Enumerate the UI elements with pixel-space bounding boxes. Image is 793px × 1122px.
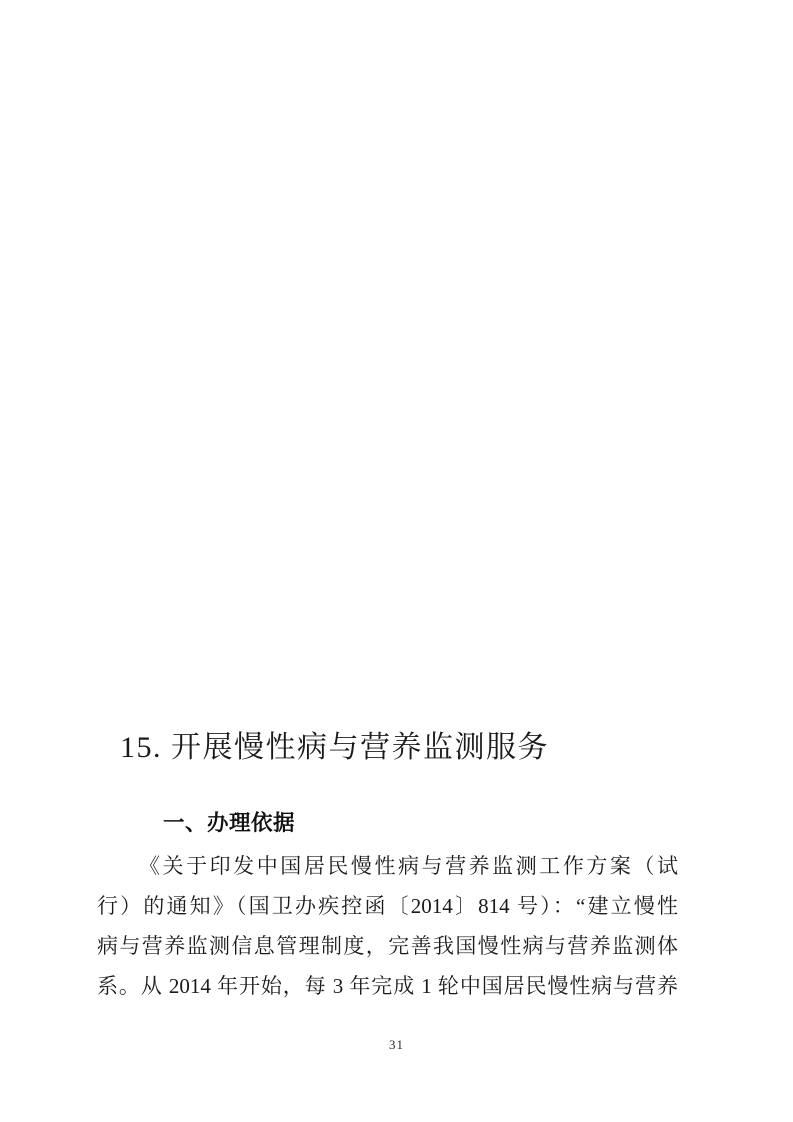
paragraph-line: 行）的通知》（国卫办疾控函〔2014〕814 号）：“建立慢性 xyxy=(97,886,678,926)
legal-basis-paragraph: 《关于印发中国居民慢性病与营养监测工作方案（试 行）的通知》（国卫办疾控函〔20… xyxy=(97,846,678,1006)
page-number: 31 xyxy=(0,1037,793,1053)
section-heading: 15. 开展慢性病与营养监测服务 xyxy=(120,726,549,770)
subsection-heading: 一、办理依据 xyxy=(163,808,295,838)
paragraph-line: 系。从 2014 年开始，每 3 年完成 1 轮中国居民慢性病与营养 xyxy=(97,966,678,1006)
paragraph-line: 病与营养监测信息管理制度，完善我国慢性病与营养监测体 xyxy=(97,926,678,966)
paragraph-line: 《关于印发中国居民慢性病与营养监测工作方案（试 xyxy=(97,846,678,886)
document-page: 15. 开展慢性病与营养监测服务 一、办理依据 《关于印发中国居民慢性病与营养监… xyxy=(0,0,793,1122)
